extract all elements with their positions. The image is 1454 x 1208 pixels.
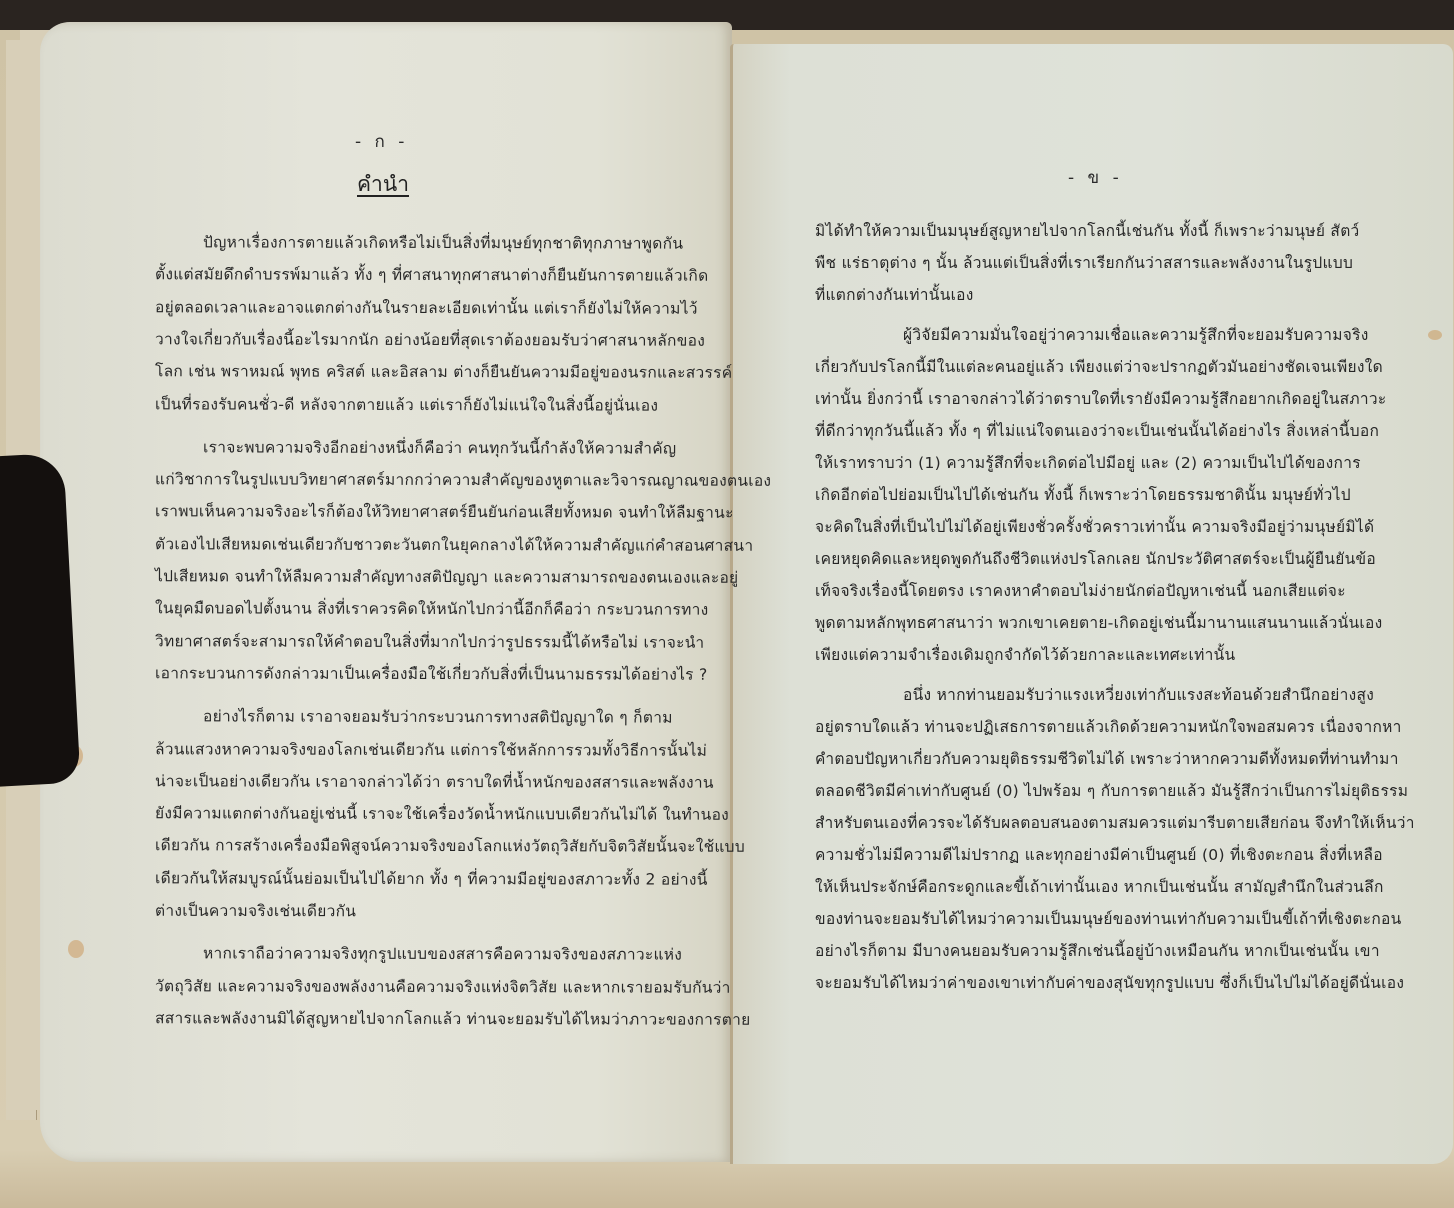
- text-line: สำหรับตนเองที่ควรจะได้รับผลตอบสนองตามสมค…: [815, 810, 1415, 835]
- text-line: เคยหยุดคิดและหยุดพูดกันถึงชีวิตแห่งปรโลก…: [815, 546, 1376, 571]
- text-line: อย่างไรก็ตาม เราอาจยอมรับว่ากระบวนการทาง…: [203, 704, 673, 730]
- text-line: ปัญหาเรื่องการตายแล้วเกิดหรือไม่เป็นสิ่ง…: [203, 229, 683, 255]
- text-line: อย่างไรก็ตาม มีบางคนยอมรับความรู้สึกเช่น…: [815, 938, 1380, 963]
- text-line: วางใจเกี่ยวกับเรื่องนี้อะไรมากนัก อย่างน…: [155, 326, 705, 352]
- text-line: คำตอบปัญหาเกี่ยวกับความยุติธรรมชีวิตไม่ไ…: [815, 746, 1399, 771]
- text-line: เท็จจริงเรื่องนี้โดยตรง เราคงหาคำตอบไม่ง…: [815, 578, 1346, 603]
- text-line: เกิดอีกต่อไปย่อมเป็นไปได้เช่นกัน ทั้งนี้…: [815, 482, 1351, 507]
- text-line: เราพบเห็นความจริงอะไรก็ต้องให้วิทยาศาสตร…: [155, 499, 734, 526]
- text-line: จะคิดในสิ่งที่เป็นไปไม่ได้อยู่เพียงชั่วค…: [815, 514, 1374, 539]
- left-page-number: - ก -: [355, 128, 408, 155]
- text-line: เพียงแต่ความจำเรื่องเดิมถูกจำกัดไว้ด้วยก…: [815, 642, 1235, 667]
- text-line: เดียวกันให้สมบูรณ์นั้นย่อมเป็นไปได้ยาก ท…: [155, 865, 708, 891]
- text-line: ตลอดชีวิตมีค่าเท่ากับศูนย์ (0) ไปพร้อม ๆ…: [815, 778, 1408, 803]
- text-line: เกี่ยวกับปรโลกนี้มีในแต่ละคนอยู่แล้ว เพี…: [815, 354, 1383, 379]
- right-page: [730, 44, 1453, 1164]
- text-line: ต่างเป็นความจริงเช่นเดียวกัน: [155, 898, 356, 924]
- text-line: วัตถุวิสัย และความจริงของพลังงานคือความจ…: [155, 973, 731, 1000]
- text-line: ในยุคมืดบอดไปตั้งนาน สิ่งที่เราควรคิดให้…: [155, 596, 709, 622]
- text-line: ที่ดีกว่าทุกวันนี้แล้ว ทั้ง ๆ ที่ไม่แน่ใ…: [815, 418, 1379, 443]
- page-title: คำนำ: [357, 168, 409, 201]
- text-line: ยังมีความแตกต่างกันอยู่เช่นนี้ เราจะใช้เ…: [155, 800, 729, 827]
- text-line: พืช แร่ธาตุต่าง ๆ นั้น ล้วนแต่เป็นสิ่งที…: [815, 250, 1353, 275]
- text-line: ตั้งแต่สมัยดึกดำบรรพ์มาแล้ว ทั้ง ๆ ที่ศา…: [155, 262, 709, 288]
- text-line: ให้เราทราบว่า (1) ความรู้สึกที่จะเกิดต่อ…: [815, 450, 1361, 475]
- paper-stain: [1428, 330, 1442, 340]
- text-line: ให้เห็นประจักษ์คือกระดูกและขี้เถ้าเท่านั…: [815, 874, 1384, 899]
- text-line: น่าจะเป็นอย่างเดียวกัน เราอาจกล่าวได้ว่า…: [155, 768, 714, 794]
- text-line: เดียวกัน การสร้างเครื่องมือพิสูจน์ความจร…: [155, 833, 745, 860]
- text-line: มิได้ทำให้ความเป็นมนุษย์สูญหายไปจากโลกนี…: [815, 218, 1360, 243]
- text-line: อยู่ตราบใดแล้ว ท่านจะปฏิเสธการตายแล้วเกิ…: [815, 714, 1402, 739]
- text-line: จะยอมรับได้ไหมว่าค่าของเขาเท่ากับค่าของส…: [815, 970, 1404, 995]
- text-line: อยู่ตลอดเวลาและอาจแตกต่างกันในรายละเอียด…: [155, 294, 698, 320]
- text-line: โลก เช่น พราหมณ์ พุทธ คริสต์ และอิสลาม ต…: [155, 358, 732, 385]
- text-line: ผู้วิจัยมีความมั่นใจอยู่ว่าความเชื่อและค…: [903, 322, 1369, 347]
- right-page-number: - ข -: [1068, 164, 1123, 191]
- text-line: สสารและพลังงานมิได้สูญหายไปจากโลกแล้ว ท่…: [155, 1005, 751, 1032]
- text-line: ตัวเองไปเสียหมดเช่นเดียวกับชาวตะวันตกในย…: [155, 531, 753, 558]
- text-line: หากเราถือว่าความจริงทุกรูปแบบของสสารคือค…: [203, 941, 682, 967]
- text-line: วิทยาศาสตร์จะสามารถให้คำตอบในสิ่งที่มากไ…: [155, 628, 704, 654]
- text-line: ล้วนแสวงหาความจริงของโลกเช่นเดียวกัน แต่…: [155, 736, 707, 762]
- text-line: อนึ่ง หากท่านยอมรับว่าแรงเหวี่ยงเท่ากับแ…: [903, 682, 1374, 707]
- text-line: แก่วิชาการในรูปแบบวิทยาศาสตร์มากกว่าความ…: [155, 466, 771, 493]
- text-line: เราจะพบความจริงอีกอย่างหนึ่งก็คือว่า คนท…: [203, 434, 677, 460]
- text-line: ไปเสียหมด จนทำให้ลืมความสำคัญทางสติปัญญา…: [155, 563, 739, 590]
- paper-stain: [68, 940, 84, 958]
- text-line: ของท่านจะยอมรับได้ไหมว่าความเป็นมนุษย์ขอ…: [815, 906, 1402, 931]
- text-line: ความชั่วไม่มีความดีไม่ปรากฏ และทุกอย่างม…: [815, 842, 1383, 867]
- text-line: ที่แตกต่างกันเท่านั้นเอง: [815, 282, 974, 307]
- text-line: เอากระบวนการดังกล่าวมาเป็นเครื่องมือใช้เ…: [155, 660, 708, 686]
- text-line: เป็นที่รองรับคนชั่ว-ดี หลังจากตายแล้ว แต…: [155, 391, 658, 417]
- text-line: พูดตามหลักพุทธศาสนาว่า พวกเขาเคยตาย-เกิด…: [815, 610, 1382, 635]
- text-line: เท่านั้น ยิ่งกว่านี้ เราอาจกล่าวได้ว่าตร…: [815, 386, 1387, 411]
